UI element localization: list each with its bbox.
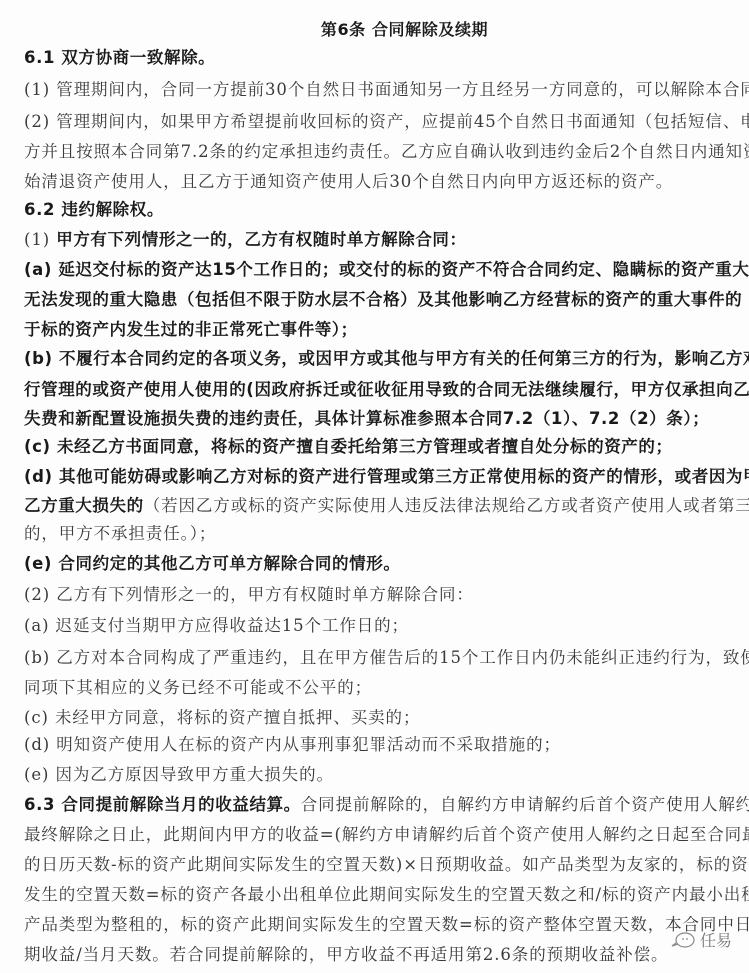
clause-6-2-2-b-line2: 同项下其相应的义务已经不可能或不公平的； xyxy=(24,677,372,699)
clause-6-2-1: (1) 甲方有下列情形之一的，乙方有权随时单方解除合同： xyxy=(24,229,467,251)
clause-normal-text: （若因乙方或标的资产实际使用人违反法律法规给乙方或者资产使用人或者第三方造成损失 xyxy=(144,496,749,515)
section-6-3-line2: 最终解除之日止，此期间内甲方的收益=(解约方申请解约后首个资产使用人解约之日起至… xyxy=(24,824,749,846)
clause-6-2-2-e: (e) 因为乙方原因导致甲方重大损失的。 xyxy=(24,764,334,786)
section-6-1-heading: 6.1 双方协商一致解除。 xyxy=(24,47,215,69)
clause-6-2-1-b-line2: 行管理的或资产使用人使用的(因政府拆迁或征收征用导致的合同无法继续履行，甲方仅承… xyxy=(24,379,749,401)
clause-6-2-1-e: (e) 合同约定的其他乙方可单方解除合同的情形。 xyxy=(24,553,400,575)
section-6-3-line1: 6.3 合同提前解除当月的收益结算。合同提前解除的，自解约方申请解约后首个资产使… xyxy=(24,794,749,816)
clause-6-2-1-a-line1: (a) 延迟交付标的资产达15个工作日的；或交付的标的资产不符合合同约定、隐瞒标… xyxy=(24,259,749,281)
section-6-3-text: 合同提前解除的，自解约方申请解约后首个资产使用人解约之日起至合同 xyxy=(301,795,749,814)
section-6-3-line6: 期收益/当月天数。若合同提前解除的，甲方收益不再适用第2.6条的预期收益补偿。 xyxy=(24,944,668,966)
clause-6-2-1-b-line3: 失费和新配置设施损失费的违约责任，具体计算标准参照本合同7.2（1）、7.2（2… xyxy=(24,408,709,430)
clause-6-1-2-line3: 始清退资产使用人，且乙方于通知资产使用人后30个自然日内向甲方返还标的资产。 xyxy=(24,171,673,193)
clause-6-2-1-d-line3: 的，甲方不承担责任。）； xyxy=(24,523,216,545)
clause-6-1-2-line1: (2) 管理期间内，如果甲方希望提前收回标的资产，应提前45个自然日书面通知（包… xyxy=(24,111,749,133)
clause-bold-text: 乙方重大损失的 xyxy=(24,496,144,515)
clause-6-2-2-c: (c) 未经甲方同意，将标的资产擅自抵押、买卖的； xyxy=(24,707,420,729)
section-6-3-line4: 发生的空置天数=标的资产各最小出租单位此期间实际发生的空置天数之和/标的资产内最… xyxy=(24,884,749,906)
clause-6-2-2-d: (d) 明知资产使用人在标的资产内从事刑事犯罪活动而不采取措施的； xyxy=(24,734,561,756)
clause-6-2-1-a-line2: 无法发现的重大隐患（包括但不限于防水层不合格）及其他影响乙方经营标的资产的重大事… xyxy=(24,289,749,311)
wechat-bubble-icon xyxy=(670,931,696,949)
clause-6-2-1-d-line2: 乙方重大损失的（若因乙方或标的资产实际使用人违反法律法规给乙方或者资产使用人或者… xyxy=(24,495,749,517)
section-6-3-heading: 6.3 合同提前解除当月的收益结算。 xyxy=(24,795,301,814)
article-title: 第6条 合同解除及续期 xyxy=(0,19,749,41)
section-6-3-line5: 产品类型为整租的，标的资产此期间实际发生的空置天数=标的资产整体空置天数，本合同… xyxy=(24,914,749,936)
clause-6-2-1-b-line1: (b) 不履行本合同约定的各项义务，或因甲方或其他与甲方有关的任何第三方的行为，… xyxy=(24,348,749,370)
clause-6-1-2-line2: 方并且按照本合同第7.2条的约定承担违约责任。乙方应自确认收到违约金后2个自然日… xyxy=(24,141,749,163)
clause-6-2-2-a: (a) 迟延支付当期甲方应得收益达15个工作日的； xyxy=(24,615,409,637)
clause-6-2-2: (2) 乙方有下列情形之一的，甲方有权随时单方解除合同： xyxy=(24,584,474,606)
section-6-3-line3: 的日历天数-标的资产此期间实际发生的空置天数)×日预期收益。如产品类型为友家的，… xyxy=(24,854,749,876)
watermark: 任易 xyxy=(670,928,732,951)
clause-6-2-1-a-line3: 于标的资产内发生过的非正常死亡事件等）； xyxy=(24,319,358,341)
clause-text: 甲方有下列情形之一的，乙方有权随时单方解除合同： xyxy=(56,230,466,249)
watermark-text: 任易 xyxy=(700,928,732,951)
clause-6-2-1-c: (c) 未经乙方书面同意，将标的资产擅自委托给第三方管理或者擅自处分标的资产的； xyxy=(24,436,673,458)
clause-6-1-1: (1) 管理期间内，合同一方提前30个自然日书面通知另一方且经另一方同意的，可以… xyxy=(24,79,749,101)
clause-number: (1) xyxy=(24,230,56,249)
clause-6-2-1-d-line1: (d) 其他可能妨碍或影响乙方对标的资产进行管理或第三方正常使用标的资产的情形，… xyxy=(24,466,749,488)
clause-6-2-2-b-line1: (b) 乙方对本合同构成了严重违约，且在甲方催告后的15个工作日内仍未能纠正违约… xyxy=(24,647,749,669)
section-6-2-heading: 6.2 违约解除权。 xyxy=(24,199,164,221)
